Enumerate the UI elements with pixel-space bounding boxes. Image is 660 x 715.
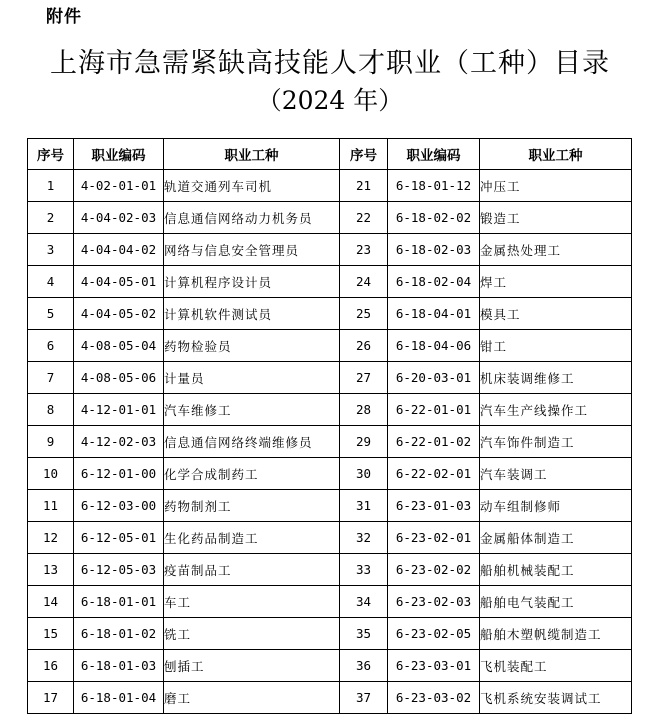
document-title: 上海市急需紧缺高技能人才职业（工种）目录 [0,46,660,82]
cell-seq-left: 9 [28,426,74,458]
cell-seq-left: 10 [28,458,74,490]
cell-code-right: 6-22-02-01 [388,458,480,490]
cell-name-left: 计量员 [164,362,340,394]
cell-name-left: 网络与信息安全管理员 [164,234,340,266]
cell-code-left: 4-08-05-06 [74,362,164,394]
cell-seq-right: 21 [340,170,388,202]
cell-name-right: 飞机系统安装调试工 [480,682,632,714]
cell-name-left: 疫苗制品工 [164,554,340,586]
cell-seq-right: 23 [340,234,388,266]
table-row: 44-04-05-01计算机程序设计员246-18-02-04焊工 [28,266,632,298]
table-row: 84-12-01-01汽车维修工286-22-01-01汽车生产线操作工 [28,394,632,426]
occupation-catalog-table: 序号 职业编码 职业工种 序号 职业编码 职业工种 14-02-01-01轨道交… [27,138,632,714]
table-row: 94-12-02-03信息通信网络终端维修员296-22-01-02汽车饰件制造… [28,426,632,458]
header-name-left: 职业工种 [164,139,340,170]
cell-seq-left: 5 [28,298,74,330]
cell-name-left: 铣工 [164,618,340,650]
cell-code-left: 4-04-02-03 [74,202,164,234]
table-row: 14-02-01-01轨道交通列车司机216-18-01-12冲压工 [28,170,632,202]
cell-seq-right: 33 [340,554,388,586]
cell-name-right: 金属船体制造工 [480,522,632,554]
table-body: 14-02-01-01轨道交通列车司机216-18-01-12冲压工24-04-… [28,170,632,714]
cell-code-right: 6-18-02-03 [388,234,480,266]
cell-name-right: 机床装调维修工 [480,362,632,394]
cell-code-left: 4-04-05-02 [74,298,164,330]
cell-name-left: 计算机程序设计员 [164,266,340,298]
cell-seq-right: 36 [340,650,388,682]
cell-seq-left: 14 [28,586,74,618]
cell-seq-right: 27 [340,362,388,394]
cell-code-left: 4-12-01-01 [74,394,164,426]
cell-code-right: 6-23-03-02 [388,682,480,714]
cell-code-left: 4-04-05-01 [74,266,164,298]
cell-name-right: 汽车饰件制造工 [480,426,632,458]
table-row: 54-04-05-02计算机软件测试员256-18-04-01模具工 [28,298,632,330]
cell-seq-left: 12 [28,522,74,554]
cell-seq-left: 1 [28,170,74,202]
cell-code-right: 6-18-01-12 [388,170,480,202]
table-row: 106-12-01-00化学合成制药工306-22-02-01汽车装调工 [28,458,632,490]
cell-code-right: 6-23-01-03 [388,490,480,522]
header-seq-right: 序号 [340,139,388,170]
cell-seq-right: 34 [340,586,388,618]
cell-seq-right: 26 [340,330,388,362]
table-row: 166-18-01-03刨插工366-23-03-01飞机装配工 [28,650,632,682]
cell-name-left: 药物制剂工 [164,490,340,522]
cell-name-right: 模具工 [480,298,632,330]
cell-name-right: 金属热处理工 [480,234,632,266]
cell-seq-right: 29 [340,426,388,458]
cell-seq-left: 8 [28,394,74,426]
cell-code-left: 6-12-03-00 [74,490,164,522]
cell-code-left: 4-12-02-03 [74,426,164,458]
cell-code-right: 6-18-04-01 [388,298,480,330]
cell-name-right: 飞机装配工 [480,650,632,682]
cell-code-right: 6-22-01-01 [388,394,480,426]
cell-code-right: 6-18-02-02 [388,202,480,234]
cell-seq-right: 22 [340,202,388,234]
cell-seq-right: 24 [340,266,388,298]
cell-code-left: 4-02-01-01 [74,170,164,202]
cell-name-left: 轨道交通列车司机 [164,170,340,202]
cell-code-left: 6-12-01-00 [74,458,164,490]
cell-code-right: 6-18-02-04 [388,266,480,298]
header-code-right: 职业编码 [388,139,480,170]
cell-name-left: 刨插工 [164,650,340,682]
cell-name-right: 焊工 [480,266,632,298]
table-row: 74-08-05-06计量员276-20-03-01机床装调维修工 [28,362,632,394]
cell-code-right: 6-23-02-02 [388,554,480,586]
cell-code-left: 6-18-01-01 [74,586,164,618]
cell-code-right: 6-23-02-05 [388,618,480,650]
cell-name-left: 计算机软件测试员 [164,298,340,330]
cell-code-right: 6-22-01-02 [388,426,480,458]
cell-seq-left: 17 [28,682,74,714]
cell-name-left: 药物检验员 [164,330,340,362]
cell-name-left: 生化药品制造工 [164,522,340,554]
cell-seq-left: 15 [28,618,74,650]
cell-code-left: 6-12-05-03 [74,554,164,586]
cell-name-right: 冲压工 [480,170,632,202]
table-row: 176-18-01-04磨工376-23-03-02飞机系统安装调试工 [28,682,632,714]
cell-seq-right: 25 [340,298,388,330]
cell-seq-right: 35 [340,618,388,650]
table-header-row: 序号 职业编码 职业工种 序号 职业编码 职业工种 [28,139,632,170]
cell-code-left: 6-18-01-04 [74,682,164,714]
cell-seq-right: 28 [340,394,388,426]
cell-seq-left: 4 [28,266,74,298]
cell-name-right: 汽车装调工 [480,458,632,490]
cell-name-left: 信息通信网络动力机务员 [164,202,340,234]
table-row: 64-08-05-04药物检验员266-18-04-06钳工 [28,330,632,362]
cell-seq-right: 32 [340,522,388,554]
table-row: 126-12-05-01生化药品制造工326-23-02-01金属船体制造工 [28,522,632,554]
header-name-right: 职业工种 [480,139,632,170]
cell-code-left: 4-04-04-02 [74,234,164,266]
cell-name-right: 锻造工 [480,202,632,234]
cell-seq-left: 7 [28,362,74,394]
cell-code-right: 6-23-02-03 [388,586,480,618]
table-row: 156-18-01-02铣工356-23-02-05船舶木塑帆缆制造工 [28,618,632,650]
cell-seq-right: 31 [340,490,388,522]
document-subtitle: （2024 年） [0,84,660,118]
cell-name-right: 船舶电气装配工 [480,586,632,618]
cell-name-left: 车工 [164,586,340,618]
cell-name-right: 船舶机械装配工 [480,554,632,586]
cell-name-left: 磨工 [164,682,340,714]
cell-name-left: 化学合成制药工 [164,458,340,490]
cell-seq-left: 13 [28,554,74,586]
cell-code-left: 6-18-01-03 [74,650,164,682]
cell-code-left: 6-12-05-01 [74,522,164,554]
cell-code-right: 6-23-02-01 [388,522,480,554]
cell-code-right: 6-20-03-01 [388,362,480,394]
cell-seq-right: 37 [340,682,388,714]
cell-name-right: 动车组制修师 [480,490,632,522]
table-row: 136-12-05-03疫苗制品工336-23-02-02船舶机械装配工 [28,554,632,586]
cell-seq-left: 11 [28,490,74,522]
header-seq-left: 序号 [28,139,74,170]
table-row: 146-18-01-01车工346-23-02-03船舶电气装配工 [28,586,632,618]
attachment-label: 附件 [46,2,82,27]
cell-code-right: 6-23-03-01 [388,650,480,682]
cell-seq-left: 2 [28,202,74,234]
cell-code-left: 4-08-05-04 [74,330,164,362]
cell-seq-right: 30 [340,458,388,490]
cell-name-right: 汽车生产线操作工 [480,394,632,426]
table-row: 116-12-03-00药物制剂工316-23-01-03动车组制修师 [28,490,632,522]
cell-seq-left: 16 [28,650,74,682]
cell-seq-left: 6 [28,330,74,362]
table-row: 34-04-04-02网络与信息安全管理员236-18-02-03金属热处理工 [28,234,632,266]
cell-code-right: 6-18-04-06 [388,330,480,362]
cell-name-left: 汽车维修工 [164,394,340,426]
cell-name-right: 船舶木塑帆缆制造工 [480,618,632,650]
cell-code-left: 6-18-01-02 [74,618,164,650]
cell-seq-left: 3 [28,234,74,266]
table-row: 24-04-02-03信息通信网络动力机务员226-18-02-02锻造工 [28,202,632,234]
header-code-left: 职业编码 [74,139,164,170]
cell-name-left: 信息通信网络终端维修员 [164,426,340,458]
cell-name-right: 钳工 [480,330,632,362]
